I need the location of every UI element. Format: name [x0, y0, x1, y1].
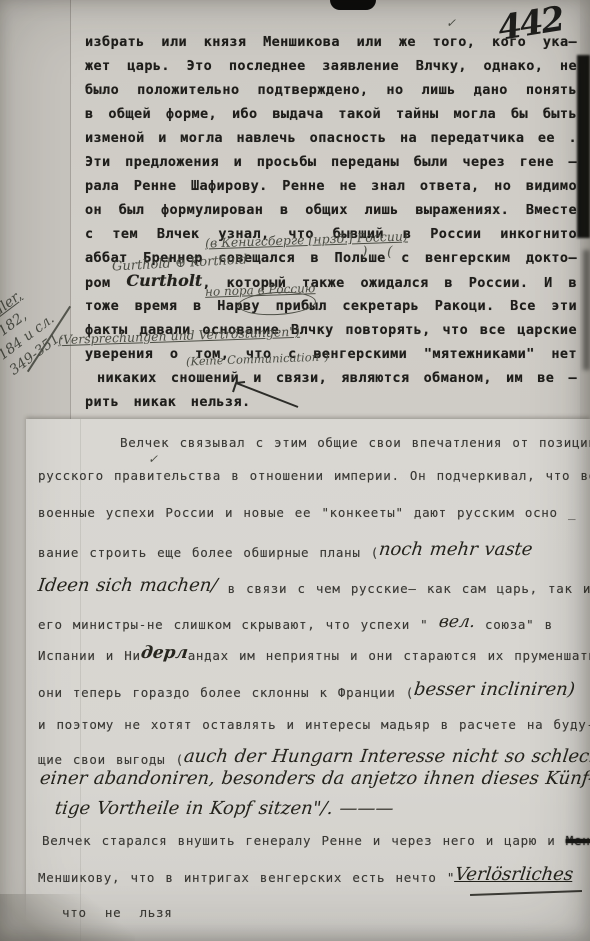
- typescript-line: щие свои выгоды (auch der Hungarn Intere…: [38, 748, 590, 769]
- typescript-line: он был формулирован в общих лишь выражен…: [85, 198, 577, 222]
- binding-mark: [330, 0, 376, 10]
- typed-fragment: союза" в: [475, 617, 553, 632]
- typescript-line: военные успехи России и новые ее "конкее…: [38, 505, 576, 520]
- struck-out-word: Мен: [566, 833, 590, 848]
- handwritten-german: auch der Hungarn Interesse nicht so schl…: [183, 746, 590, 767]
- typescript-line: жет царь. Это последнее заявление Влчку,…: [85, 54, 577, 78]
- handwritten-german: noch mehr vaste: [378, 539, 534, 560]
- typescript-line: и поэтому не хотят оставлять и интересы …: [38, 717, 590, 732]
- handwritten-correction: вел.: [437, 612, 476, 632]
- paren-mark: (: [387, 244, 392, 260]
- handwritten-german: tige Vortheile in Kopf sitzen"/. ———: [54, 798, 395, 819]
- typed-fragment: Велчек связывал с этим общие свои впечат…: [120, 435, 590, 450]
- typescript-line: вание строить еще более обширные планы (…: [38, 541, 533, 562]
- scan-edge-shadow: [577, 55, 590, 238]
- typescript-line: Меншикову, что в интригах венгерских ест…: [38, 866, 573, 887]
- check-mark: ✓: [148, 452, 158, 466]
- scanned-page: 442 избрать или князя Меншикова или же т…: [0, 0, 590, 941]
- typed-fragment: Испании и Ни: [38, 648, 141, 663]
- typed-fragment: Велчек старался внушить генералу Ренне и…: [42, 833, 566, 848]
- paren-mark: ): [362, 244, 367, 260]
- typed-fragment: в связи с чем русские— как сам царь, так…: [228, 581, 590, 596]
- arrow-mark-icon: [222, 376, 302, 410]
- handwritten-line: tige Vortheile in Kopf sitzen"/. ———: [55, 800, 394, 821]
- typescript-line: Ideen sich machen/ в связи с чем русские…: [38, 577, 590, 598]
- typescript-line: русского правительства в отношении импер…: [38, 468, 590, 483]
- typescript-line: Велчек связывал с этим общие свои впечат…: [120, 432, 590, 452]
- typescript-line-with-correction: ром Curtholt, который также ожидался в Р…: [85, 270, 577, 294]
- typescript-line: в общей форме, ибо выдача такой тайны мо…: [85, 102, 577, 126]
- typed-paragraph-top: избрать или князя Меншикова или же того,…: [85, 30, 577, 414]
- typescript-line: никаких сношений и связи, являются обман…: [85, 366, 577, 390]
- typed-fragment: вание строить еще более обширные планы (: [38, 545, 379, 560]
- typescript-line: уверения о том, что с венгерскими "мятеж…: [85, 342, 577, 366]
- handwritten-name-curtholt: Curtholt: [126, 271, 202, 290]
- typed-fragment: ром: [85, 275, 126, 291]
- typed-fragment: Меншикову, что в интригах венгерских ест…: [38, 870, 455, 885]
- typescript-line: Велчек старался внушить генералу Ренне и…: [42, 833, 590, 848]
- handwritten-line: einer abandoniren, besonders da anjetzo …: [40, 770, 590, 791]
- handwritten-german: Ideen sich machen/: [37, 575, 219, 596]
- typescript-line: Испании и Нидерландах им неприятны и они…: [38, 645, 590, 665]
- typescript-line: тоже время в Нарву прибыл секретарь Рако…: [85, 294, 577, 318]
- typed-fragment: они теперь гораздо более склонны к Франц…: [38, 685, 414, 700]
- typescript-line: избрать или князя Меншикова или же того,…: [85, 30, 577, 54]
- typescript-line: Эти предложения и просьбы переданы были …: [85, 150, 577, 174]
- check-mark: ✓: [446, 16, 456, 30]
- typescript-line: было положительно подтверждено, но лишь …: [85, 78, 577, 102]
- typescript-line: они теперь гораздо более склонны к Франц…: [38, 681, 575, 702]
- handwritten-german: einer abandoniren, besonders da anjetzo …: [39, 768, 590, 789]
- paper-crease: [80, 419, 81, 941]
- typed-fragment: его министры-не слишком скрывают, что ус…: [38, 617, 439, 632]
- margin-citation: Fiedler, I, 182, 184 и сл. 349-351.: [0, 280, 70, 380]
- typescript-line: его министры-не слишком скрывают, что ус…: [38, 614, 553, 634]
- typed-fragment: андах им неприятны и они стараются их пр…: [188, 648, 590, 663]
- handwritten-german: besser incliniren): [413, 679, 576, 700]
- typescript-line: изменой и могла навлечь опасность на пер…: [85, 126, 577, 150]
- typescript-line: что не льзя: [62, 905, 172, 920]
- typed-fragment: щие свои выгоды (: [38, 752, 184, 767]
- typescript-line: рала Ренне Шафирову. Ренне не знал ответ…: [85, 174, 577, 198]
- typescript-line: рить никак нельзя.: [85, 390, 577, 414]
- handwritten-german: Verlösrliches: [454, 864, 575, 885]
- scan-edge-shadow-2: [583, 250, 590, 370]
- handwritten-correction: дерл: [139, 643, 188, 663]
